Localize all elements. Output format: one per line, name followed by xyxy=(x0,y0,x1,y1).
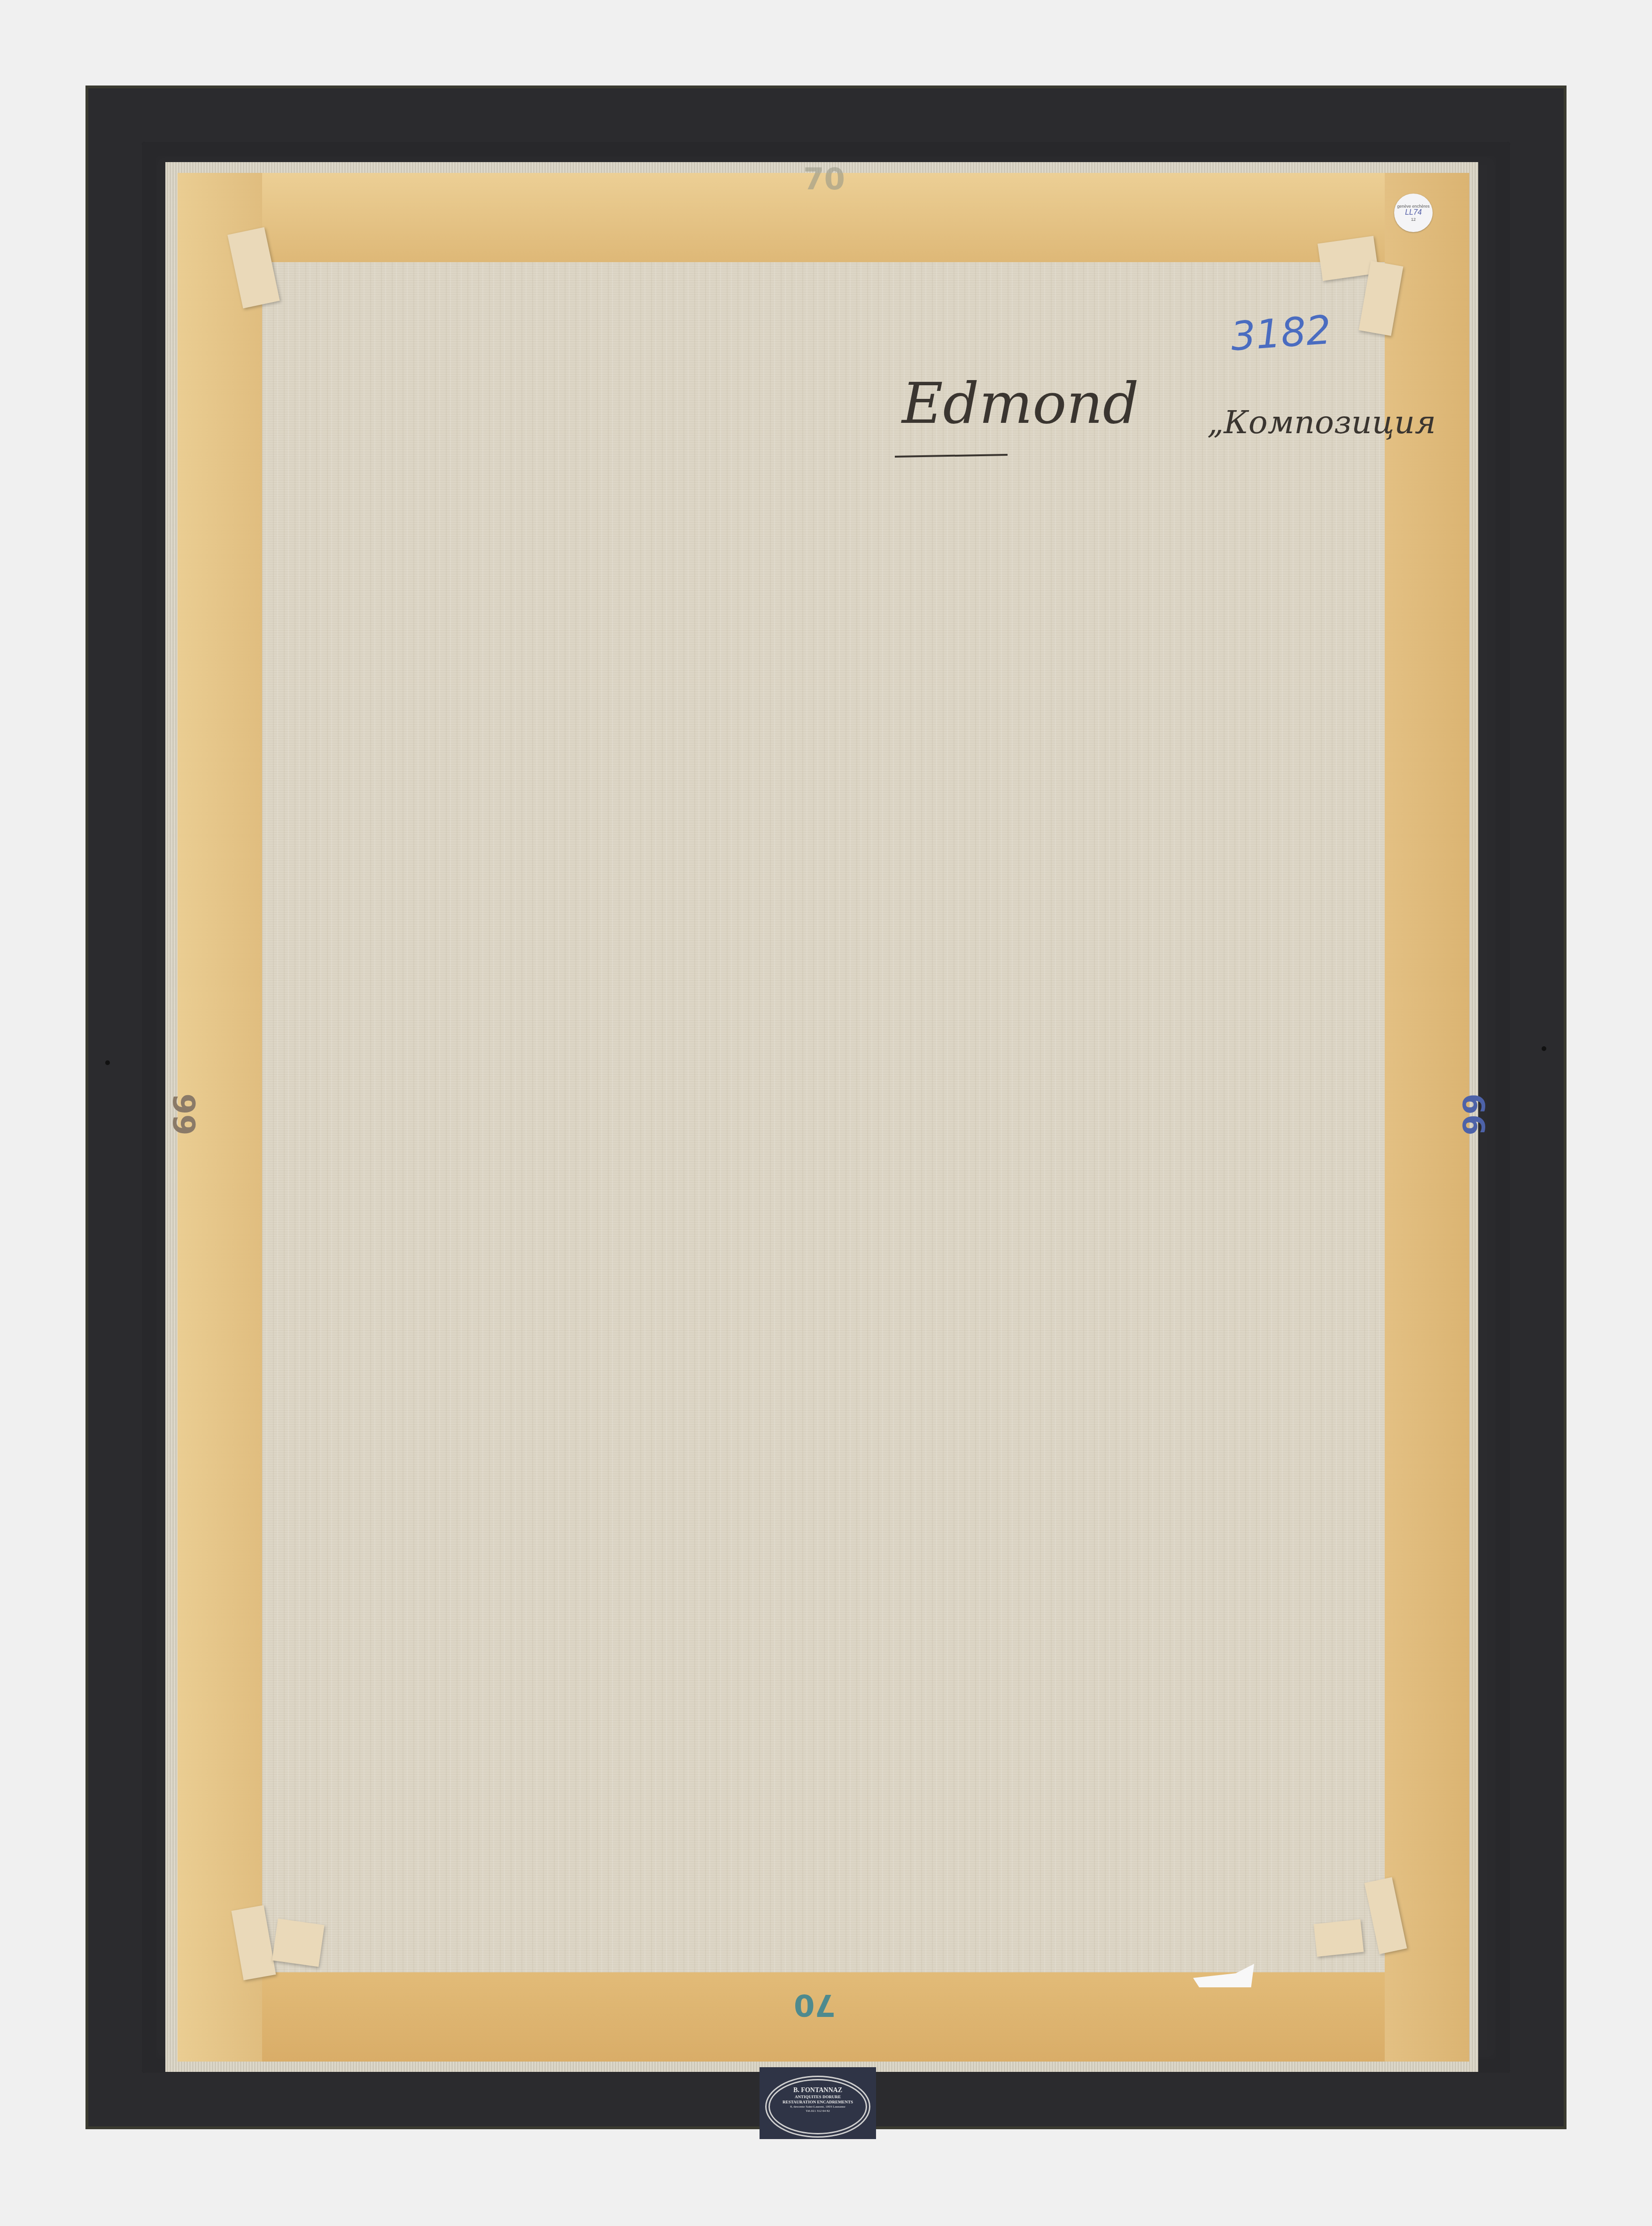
auction-lot-sticker: genève enchères LL74 12 xyxy=(1394,194,1433,232)
frame-nail-hole xyxy=(105,1060,110,1065)
stretcher-stamp-right: 99 xyxy=(1458,1093,1492,1135)
stretcher-stamp-left: 99 xyxy=(166,1093,201,1135)
stretcher-stamp-bottom: 70 xyxy=(794,1987,836,2022)
title-inscription: „Композиция xyxy=(1207,404,1436,441)
stretcher-bar-right xyxy=(1385,173,1469,2062)
frame-nail-hole xyxy=(1542,1046,1546,1051)
corner-key-bottom-right xyxy=(1314,1919,1364,1957)
auction-lot-sub: 12 xyxy=(1411,217,1416,222)
corner-key-bottom-left xyxy=(272,1918,325,1967)
auction-house-name: genève enchères xyxy=(1397,204,1429,209)
auction-lot-number: LL74 xyxy=(1405,209,1422,217)
stretcher-stamp-top: 70 xyxy=(803,162,845,197)
framer-label: B. FONTANNAZ ANTIQUITES DORURE RESTAURAT… xyxy=(760,2067,876,2139)
ornamental-oval-border xyxy=(765,2076,870,2138)
artist-signature: Edmond xyxy=(902,371,1139,436)
canvas-reverse xyxy=(262,262,1385,1972)
inventory-number: 3182 xyxy=(1229,307,1333,360)
